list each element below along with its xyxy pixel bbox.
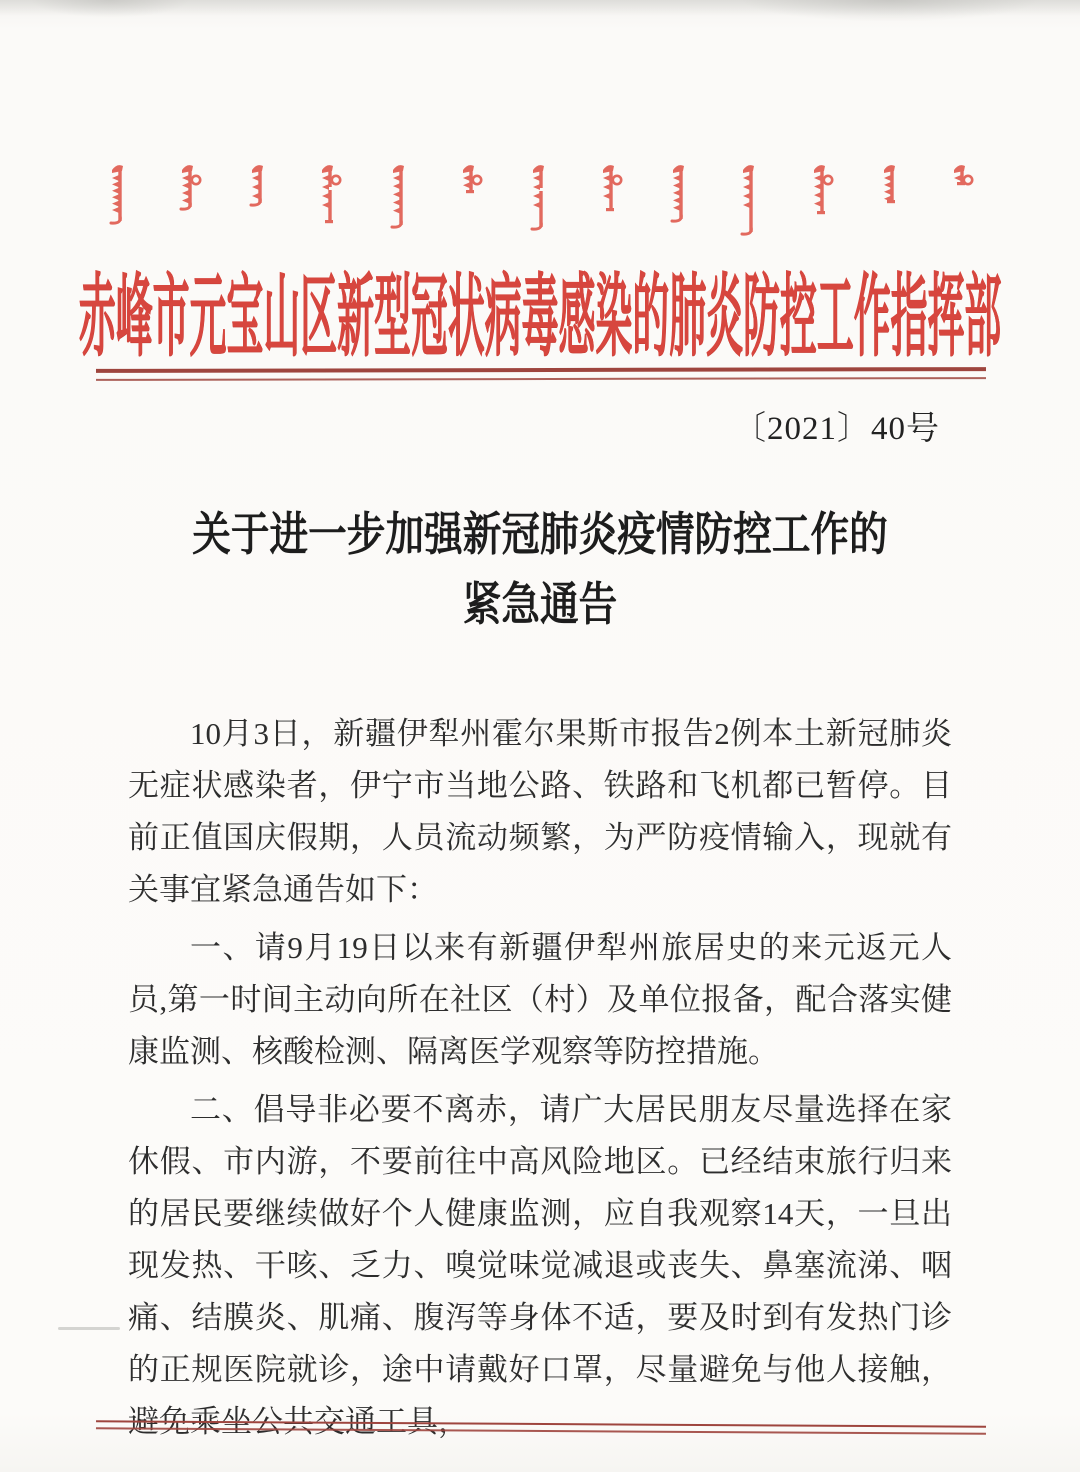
mongolian-word bbox=[948, 162, 974, 190]
document-title-line2: 紧急通告 bbox=[86, 570, 993, 640]
mongolian-word bbox=[457, 162, 483, 198]
body-paragraph: 二、倡导非必要不离赤，请广大居民朋友尽量选择在家休假、市内游，不要前往中高风险地… bbox=[128, 1084, 952, 1448]
mongolian-word bbox=[246, 162, 272, 208]
mongolian-word bbox=[527, 162, 553, 232]
header-double-rule bbox=[96, 367, 986, 380]
scanned-official-document: 赤峰市元宝山区新型冠状病毒感染的肺炎防控工作指挥部 〔2021〕40号 关于进一… bbox=[0, 0, 1080, 1472]
mongolian-word bbox=[387, 162, 413, 230]
document-title: 关于进一步加强新冠肺炎疫情防控工作的 紧急通告 bbox=[0, 500, 1080, 640]
agency-name-red-header: 赤峰市元宝山区新型冠状病毒感染的肺炎防控工作指挥部 bbox=[319, 268, 762, 368]
mongolian-script-header bbox=[106, 162, 974, 237]
mongolian-word bbox=[316, 162, 342, 228]
body-paragraph: 10月3日，新疆伊犁州霍尔果斯市报告2例本土新冠肺炎无症状感染者，伊宁市当地公路… bbox=[128, 708, 952, 916]
mongolian-word bbox=[737, 162, 763, 237]
mongolian-word bbox=[878, 162, 904, 208]
scan-smudge bbox=[30, 0, 190, 18]
scan-smudge bbox=[740, 0, 1040, 22]
mongolian-word bbox=[176, 162, 202, 212]
mongolian-word bbox=[597, 162, 623, 216]
rule-line bbox=[96, 377, 986, 381]
document-title-line1: 关于进一步加强新冠肺炎疫情防控工作的 bbox=[86, 500, 993, 570]
document-body: 10月3日，新疆伊犁州霍尔果斯市报告2例本土新冠肺炎无症状感染者，伊宁市当地公路… bbox=[128, 708, 952, 1454]
scan-artifact-line bbox=[58, 1327, 120, 1330]
mongolian-word bbox=[667, 162, 693, 224]
rule-line bbox=[96, 367, 986, 372]
document-number: 〔2021〕40号 bbox=[733, 402, 940, 449]
body-paragraph: 一、请9月19日以来有新疆伊犁州旅居史的来元返元人员,第一时间主动向所在社区（村… bbox=[128, 922, 952, 1078]
mongolian-word bbox=[106, 162, 132, 226]
mongolian-word bbox=[808, 162, 834, 219]
